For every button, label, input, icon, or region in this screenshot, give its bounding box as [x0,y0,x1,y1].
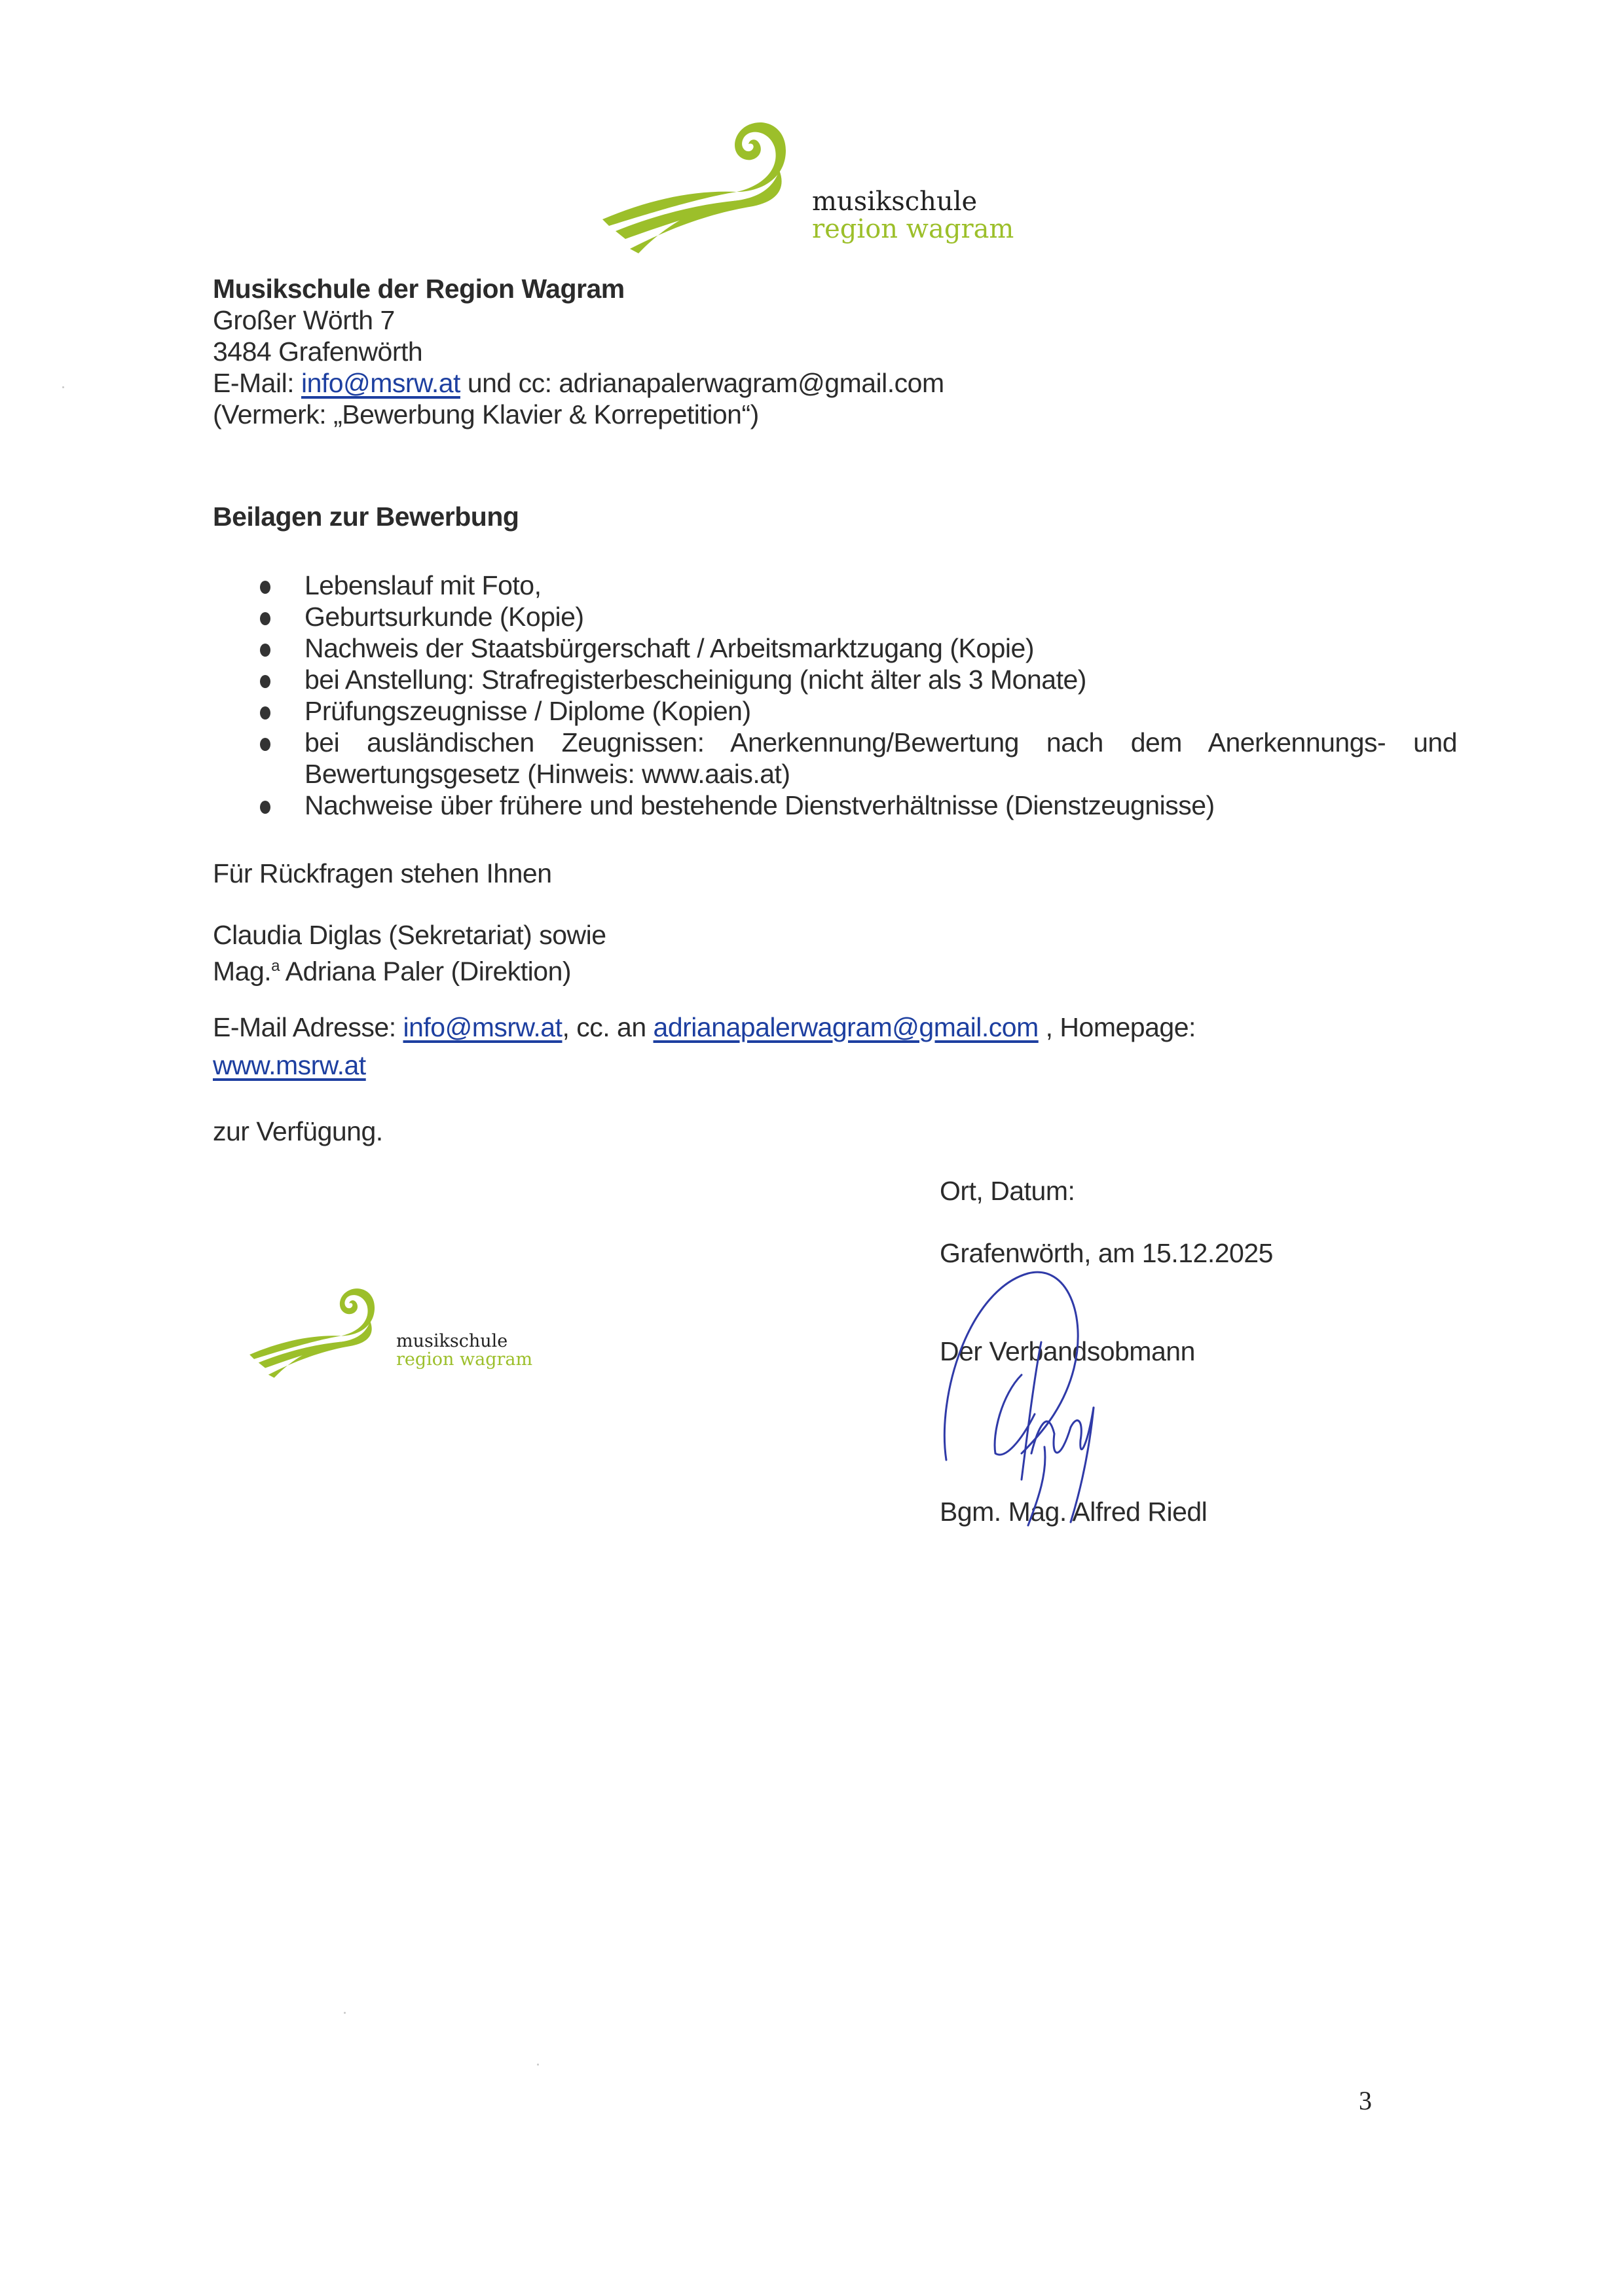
list-item: Lebenslauf mit Foto, [213,570,1483,601]
city: 3484 Grafenwörth [213,336,944,367]
contact-person-secretary: Claudia Diglas (Sekretariat) sowie [213,919,606,951]
logo-wordmark-line1: musikschule [812,187,977,217]
contact-cc-email-link[interactable]: adrianapalerwagram@gmail.com [654,1012,1039,1042]
bullet-icon [260,581,270,594]
scroll-logo-icon [239,1283,390,1381]
handwritten-signature-icon [930,1264,1139,1539]
email-line: E-Mail: info@msrw.at und cc: adrianapale… [213,367,944,399]
list-item: bei Anstellung: Strafregisterbescheinigu… [213,664,1483,695]
email-label: E-Mail: [213,368,301,398]
bullet-icon [260,675,270,688]
street: Großer Wörth 7 [213,304,944,336]
logo-wordmark-line2: region wagram [812,214,1014,244]
homepage-line: www.msrw.at [213,1049,366,1081]
attachments-list: Lebenslauf mit Foto, Geburtsurkunde (Kop… [213,570,1483,821]
place-date-label: Ort, Datum: [940,1175,1075,1207]
scroll-logo-icon [589,115,805,259]
subject-note: (Vermerk: „Bewerbung Klavier & Korrepeti… [213,399,944,430]
contact-person-director: Mag.a Adriana Paler (Direktion) [213,951,606,987]
logo-top: musikschule region wagram [589,115,1035,259]
bullet-icon [260,801,270,814]
contact-email-line: E-Mail Adresse: info@msrw.at, cc. an adr… [213,1011,1196,1043]
page-number: 3 [1359,2085,1372,2116]
bullet-icon [260,644,270,657]
list-item: Nachweise über frühere und bestehende Di… [213,790,1483,821]
scan-speck [62,386,64,388]
email-cc: und cc: adrianapalerwagram@gmail.com [460,368,944,398]
list-item: Nachweis der Staatsbürgerschaft / Arbeit… [213,632,1483,664]
bullet-icon [260,706,270,720]
address-block: Musikschule der Region Wagram Großer Wör… [213,273,944,430]
logo-wordmark-line1: musikschule [396,1331,507,1351]
bullet-icon [260,612,270,625]
logo-wordmark-line2: region wagram [396,1349,532,1370]
contact-persons: Claudia Diglas (Sekretariat) sowie Mag.a… [213,919,606,987]
contact-intro: Für Rückfragen stehen Ihnen [213,858,552,889]
list-item: bei ausländischen Zeugnissen: Anerkennun… [213,727,1483,790]
closing-text: zur Verfügung. [213,1116,383,1147]
bullet-icon [260,738,270,751]
homepage-link[interactable]: www.msrw.at [213,1050,366,1080]
scan-speck [344,2012,346,2014]
list-item: Geburtsurkunde (Kopie) [213,601,1483,632]
email-link[interactable]: info@msrw.at [301,368,460,398]
organization-name: Musikschule der Region Wagram [213,273,944,304]
list-item: Prüfungszeugnisse / Diplome (Kopien) [213,695,1483,727]
scan-speck [537,2064,539,2066]
logo-bottom: musikschule region wagram [239,1283,553,1381]
contact-email-link[interactable]: info@msrw.at [403,1012,563,1042]
attachments-title: Beilagen zur Bewerbung [213,501,519,532]
